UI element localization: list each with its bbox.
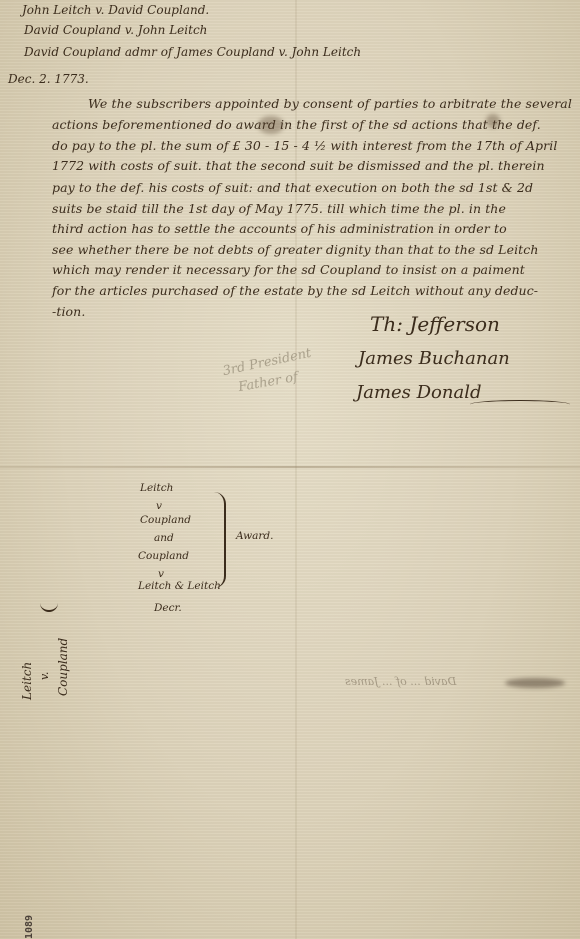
docket-line: v xyxy=(158,568,164,580)
body-line: pay to the def. his costs of suit: and t… xyxy=(52,180,533,195)
docket-line: and xyxy=(154,532,174,544)
signature-flourish xyxy=(470,400,570,409)
docket-line: v xyxy=(156,500,162,512)
docket-line: Leitch & Leitch xyxy=(138,580,221,592)
case-caption-3: David Coupland admr of James Coupland v.… xyxy=(24,45,361,59)
side-docket-line-2: v. xyxy=(38,672,51,680)
manuscript-page: John Leitch v. David Coupland. David Cou… xyxy=(0,0,580,939)
body-line: which may render it necessary for the sd… xyxy=(52,262,525,277)
ink-smudge xyxy=(486,114,500,128)
docket-brace-label: Award. xyxy=(236,530,273,542)
docket-date-label: Decr. xyxy=(154,602,182,614)
horizontal-fold-line xyxy=(0,466,580,468)
document-date: Dec. 2. 1773. xyxy=(8,72,89,86)
ink-smudge xyxy=(258,116,284,134)
body-line: actions beforementioned do award in the … xyxy=(52,117,541,132)
body-line: see whether there be not debts of greate… xyxy=(52,242,539,257)
body-line: 1772 with costs of suit. that the second… xyxy=(52,158,545,173)
body-line: -tion. xyxy=(52,304,85,319)
signature-donald: James Donald xyxy=(356,382,482,403)
docket-brace xyxy=(214,492,226,588)
side-docket-line-1: Leitch xyxy=(20,662,34,700)
body-line: do pay to the pl. the sum of £ 30 - 15 -… xyxy=(52,138,557,153)
body-line: third action has to settle the accounts … xyxy=(52,221,507,236)
body-line: for the articles purchased of the estate… xyxy=(52,283,538,298)
case-caption-1: John Leitch v. David Coupland. xyxy=(22,3,209,17)
docket-line: Leitch xyxy=(140,482,173,494)
bleed-through-text: David ... of ... James xyxy=(345,675,456,688)
docket-line: Coupland xyxy=(140,514,191,526)
body-line: We the subscribers appointed by consent … xyxy=(88,96,572,111)
case-caption-2: David Coupland v. John Leitch xyxy=(24,23,207,37)
bleed-through-mark xyxy=(505,678,565,688)
body-line: suits be staid till the 1st day of May 1… xyxy=(52,201,506,216)
signature-jefferson: Th: Jefferson xyxy=(370,312,500,336)
signature-buchanan: James Buchanan xyxy=(358,348,510,369)
docket-line: Coupland xyxy=(138,550,189,562)
side-docket-line-3: Coupland xyxy=(56,638,70,696)
archive-stamp-number: 1089 xyxy=(24,915,35,939)
side-docket-brace xyxy=(40,600,58,612)
